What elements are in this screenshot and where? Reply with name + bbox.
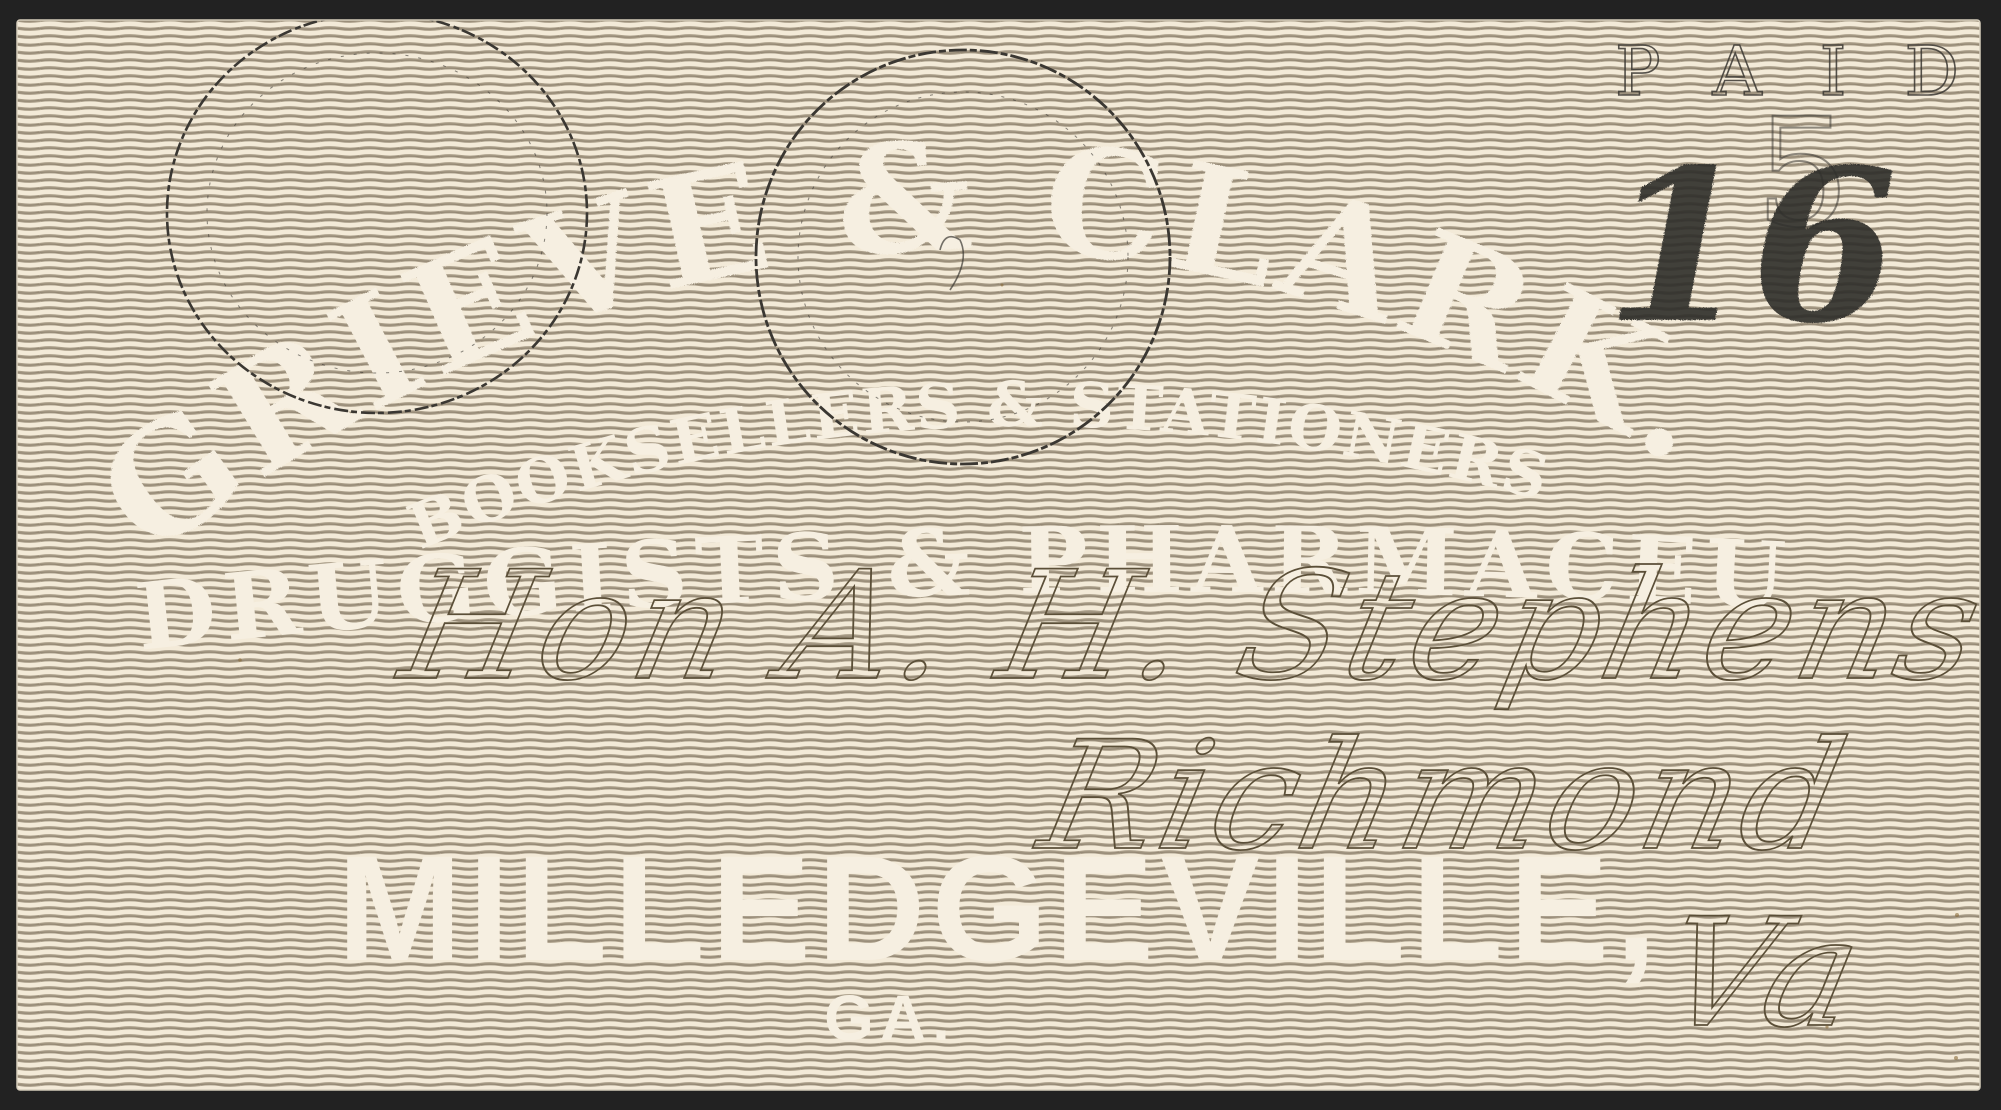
- address-line-2: Richmond: [1024, 709, 1863, 884]
- address-line-1: Hon A. H. Stephens: [385, 539, 1999, 714]
- address-line-3: Va: [1650, 886, 1879, 1061]
- state-name: GA.: [824, 982, 956, 1054]
- envelope-photo: GRIEVE & CLARK. BOOKSELLERS & STATIONERS…: [0, 0, 2001, 1110]
- rate-value: 16: [1605, 123, 1897, 370]
- envelope: GRIEVE & CLARK. BOOKSELLERS & STATIONERS…: [0, 0, 2001, 1090]
